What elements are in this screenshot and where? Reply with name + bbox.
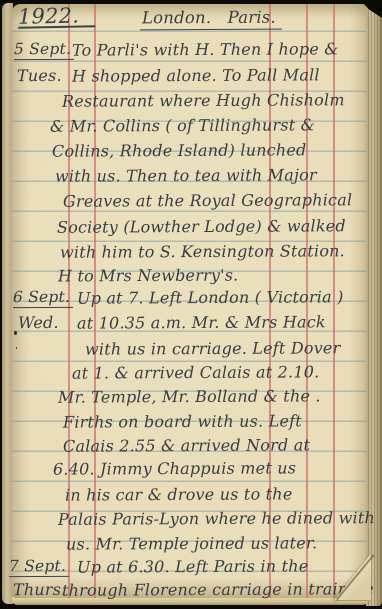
ink-speck [14,331,17,335]
diary-line: with us in carriage. Left Dover [85,339,341,358]
entry-date: 6 Sept. [13,288,73,308]
entry-day: Thurs. [13,581,67,599]
diary-line: Firths on board with us. Left [63,412,302,431]
entry-date: 7 Sept. [9,557,69,577]
diary-line: us. Mr. Temple joined us later. [66,534,317,553]
diary-line: Collins, Rhode Island) lunched [52,141,307,160]
page-title: London. Paris. [140,9,282,31]
diary-line: H shopped alone. To Pall Mall [72,66,320,85]
diary-line: Up at 6.30. Left Paris in the [77,557,308,576]
diary-line: Greaves at the Royal Geographical [63,191,352,211]
diary-line: To Parli's with H. Then I hope & [72,40,339,59]
diary-line: & Mr. Collins ( of Tillinghurst & [50,116,315,135]
diary-line: in his car & drove us to the [65,485,293,504]
diary-line: with him to S. Kensington Station. [60,242,345,261]
year-heading: 1922. [18,6,96,29]
diary-line: 6.40. Jimmy Chappuis met us [53,459,296,478]
diary-line: Society (Lowther Lodge) & walked [57,217,346,237]
diary-line: Palais Paris-Lyon where he dined with [58,509,375,529]
diary-line: H to Mrs Newberry's. [58,267,239,286]
diary-line: Restaurant where Hugh Chisholm [62,91,345,110]
diary-line: Mr. Temple, Mr. Bolland & the . [58,387,321,406]
diary-line: with us. Then to tea with Major [55,166,317,185]
entry-date: 5 Sept. [14,40,74,60]
diary-line: through Florence carriage in train de [62,580,374,600]
diary-line: Up at 7. Left London ( Victoria ) [77,288,344,307]
diary-line: Calais 2.55 & arrived Nord at [63,436,310,455]
diary-scan: 1922. London. Paris. 5 Sept. Tues. To Pa… [0,0,382,609]
diary-line: at 1. & arrived Calais at 2.10. [72,363,319,382]
entry-day: Wed. [18,314,59,332]
diary-line: at 10.35 a.m. Mr. & Mrs Hack [77,313,326,332]
entry-day: Tues. [17,67,62,85]
